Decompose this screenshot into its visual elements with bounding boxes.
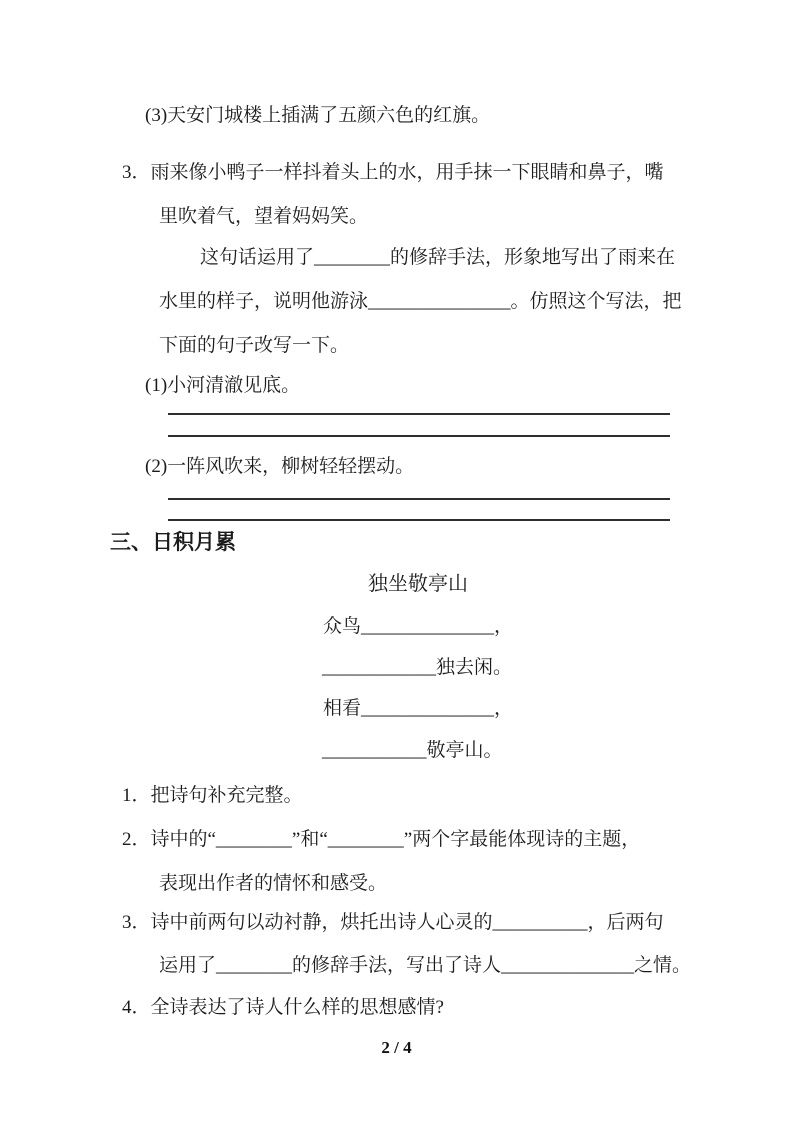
answer-line [168,413,670,415]
answer-line [168,498,670,500]
question-2-line-1: 2．诗中的“________”和“________”两个字最能体现诗的主题， [122,828,640,851]
question-3-line-1: 3．诗中前两句以动衬静，烘托出诗人心灵的__________，后两句 [122,911,664,934]
rewrite-sentence-1: (1)小河清澈见底。 [145,374,300,397]
question-3-line-2: 里吹着气，望着妈妈笑。 [159,205,368,228]
poem-line-2: ____________独去闲。 [322,656,512,679]
question-2-line-2: 表现出作者的情怀和感受。 [159,872,387,895]
question-4: 4．全诗表达了诗人什么样的思想感情? [122,996,444,1019]
sentence-item-3-3: (3)天安门城楼上插满了五颜六色的红旗。 [145,104,490,127]
rewrite-sentence-2: (2)一阵风吹来，柳树轻轻摆动。 [145,455,414,478]
poem-line-1: 众鸟______________， [323,615,513,638]
worksheet-page: (3)天安门城楼上插满了五颜六色的红旗。 3．雨来像小鸭子一样抖着头上的水，用手… [0,0,793,1122]
question-3-line-1: 3．雨来像小鸭子一样抖着头上的水，用手抹一下眼睛和鼻子，嘴 [122,161,664,184]
analysis-blank-line-3: 下面的句子改写一下。 [159,334,349,357]
analysis-blank-line-2: 水里的样子，说明他游泳_______________。仿照这个写法，把 [159,290,682,313]
poem-title: 独坐敬亭山 [368,573,468,596]
section-header: 三、日积月累 [110,531,236,554]
page-number: 2 / 4 [0,1038,793,1058]
question-3-line-2: 运用了________的修辞手法，写出了诗人______________之情。 [159,954,691,977]
question-1: 1．把诗句补充完整。 [122,784,303,807]
analysis-blank-line-1: 这句话运用了________的修辞手法，形象地写出了雨来在 [200,246,675,269]
poem-line-4: ___________敬亭山。 [322,739,503,762]
answer-line [168,435,670,437]
poem-line-3: 相看______________， [323,697,513,720]
answer-line [168,519,670,521]
